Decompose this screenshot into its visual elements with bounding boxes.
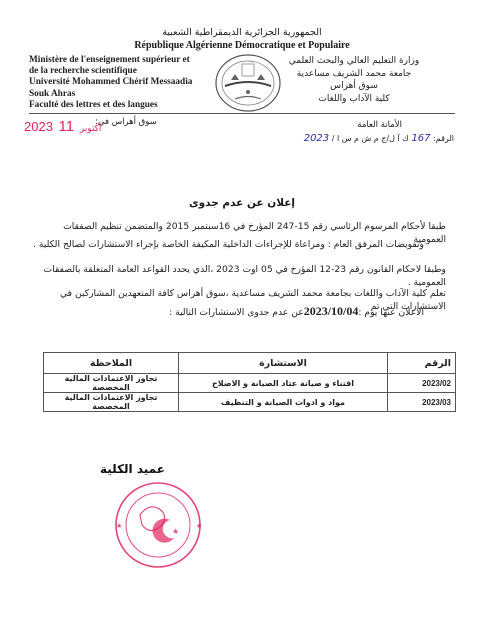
ref-printed: ك آ ل/ج م ش م س ا / bbox=[332, 134, 409, 143]
faculty-name: Faculté des lettres et des langues bbox=[29, 100, 219, 111]
city-name: Souk Ahras bbox=[29, 89, 219, 100]
notice-prefix: الاعلان عنها يوم : bbox=[358, 307, 424, 318]
ministry-line-1: Ministère de l'enseignement supérieur et bbox=[29, 55, 219, 66]
svg-text:★: ★ bbox=[172, 527, 179, 536]
ministry-arabic: وزارة التعليم العالي والبحث العلمي bbox=[254, 55, 454, 68]
ref-label: الرقم: bbox=[433, 134, 454, 143]
ref-number: 167 bbox=[411, 133, 430, 144]
svg-text:★: ★ bbox=[196, 522, 202, 530]
city-arabic: سوق أهراس bbox=[254, 80, 454, 93]
table-row: 2023/03 مواد و ادوات الصيانة و التنظيف ت… bbox=[44, 393, 456, 412]
announcement-date: 2023/10/04 bbox=[304, 304, 359, 318]
cell-consultation: مواد و ادوات الصيانة و التنظيف bbox=[179, 393, 388, 412]
header-divider bbox=[29, 113, 455, 114]
date-day: 11 bbox=[59, 118, 75, 135]
svg-text:★: ★ bbox=[116, 522, 122, 530]
table-header-row: الرقم الاستشارة الملاحظة bbox=[44, 353, 456, 374]
paragraph-law: وطبقا لاحكام القانون رقم 23-12 المؤرخ في… bbox=[36, 263, 446, 289]
date-month: أكتوبر bbox=[80, 124, 102, 134]
cell-note: تجاوز الاعتمادات المالية المخصصة bbox=[44, 374, 179, 393]
header-note: الملاحظة bbox=[44, 353, 179, 374]
general-secretariat: الأمانة العامة bbox=[357, 120, 402, 130]
dean-signature-title: عميد الكلية bbox=[100, 462, 165, 476]
cell-number: 2023/03 bbox=[388, 393, 456, 412]
paragraph-notice-line2: الاعلان عنها يوم :2023/10/04عن عدم جدوى … bbox=[14, 305, 424, 319]
date-label: سوق أهراس في: bbox=[95, 117, 157, 127]
paragraph-decree-line2: وتفويضات المرفق العام : ومراعاة للإجراءا… bbox=[14, 238, 424, 251]
official-stamp-icon: ★ ★ ★ bbox=[100, 470, 210, 570]
notice-suffix: عن عدم جدوى الاستشارات التالية : bbox=[169, 307, 304, 318]
cell-consultation: اقتناء و صيانة عتاد الصيانة و الاصلاح bbox=[179, 374, 388, 393]
reference-number: الرقم: 167 ك آ ل/ج م ش م س ا / 2023 bbox=[304, 133, 454, 144]
republic-name-arabic: الجمهورية الجزائرية الديمقراطية الشعبية bbox=[0, 27, 484, 38]
republic-name-french: République Algérienne Démocratique et Po… bbox=[0, 40, 484, 51]
table-row: 2023/02 اقتناء و صيانة عتاد الصيانة و ال… bbox=[44, 374, 456, 393]
ref-year: 2023 bbox=[304, 133, 329, 144]
header-number: الرقم bbox=[388, 353, 456, 374]
institution-arabic: وزارة التعليم العالي والبحث العلمي جامعة… bbox=[254, 55, 454, 105]
document-title: إعلان عن عدم جدوى bbox=[0, 197, 484, 209]
handwritten-date: 2023 أكتوبر 11 bbox=[24, 118, 101, 135]
university-name: Université Mohammed Chérif Messaadia bbox=[29, 77, 219, 88]
consultations-table: الرقم الاستشارة الملاحظة 2023/02 اقتناء … bbox=[43, 352, 456, 412]
university-arabic: جامعة محمد الشريف مساعدية bbox=[254, 68, 454, 81]
header-consultation: الاستشارة bbox=[179, 353, 388, 374]
institution-french: Ministère de l'enseignement supérieur et… bbox=[29, 55, 219, 111]
cell-note: تجاوز الاعتمادات المالية المخصصة bbox=[44, 393, 179, 412]
ministry-line-2: de la recherche scientifique bbox=[29, 66, 219, 77]
cell-number: 2023/02 bbox=[388, 374, 456, 393]
faculty-arabic: كلية الآداب واللغات bbox=[254, 93, 454, 106]
date-year: 2023 bbox=[24, 119, 53, 134]
